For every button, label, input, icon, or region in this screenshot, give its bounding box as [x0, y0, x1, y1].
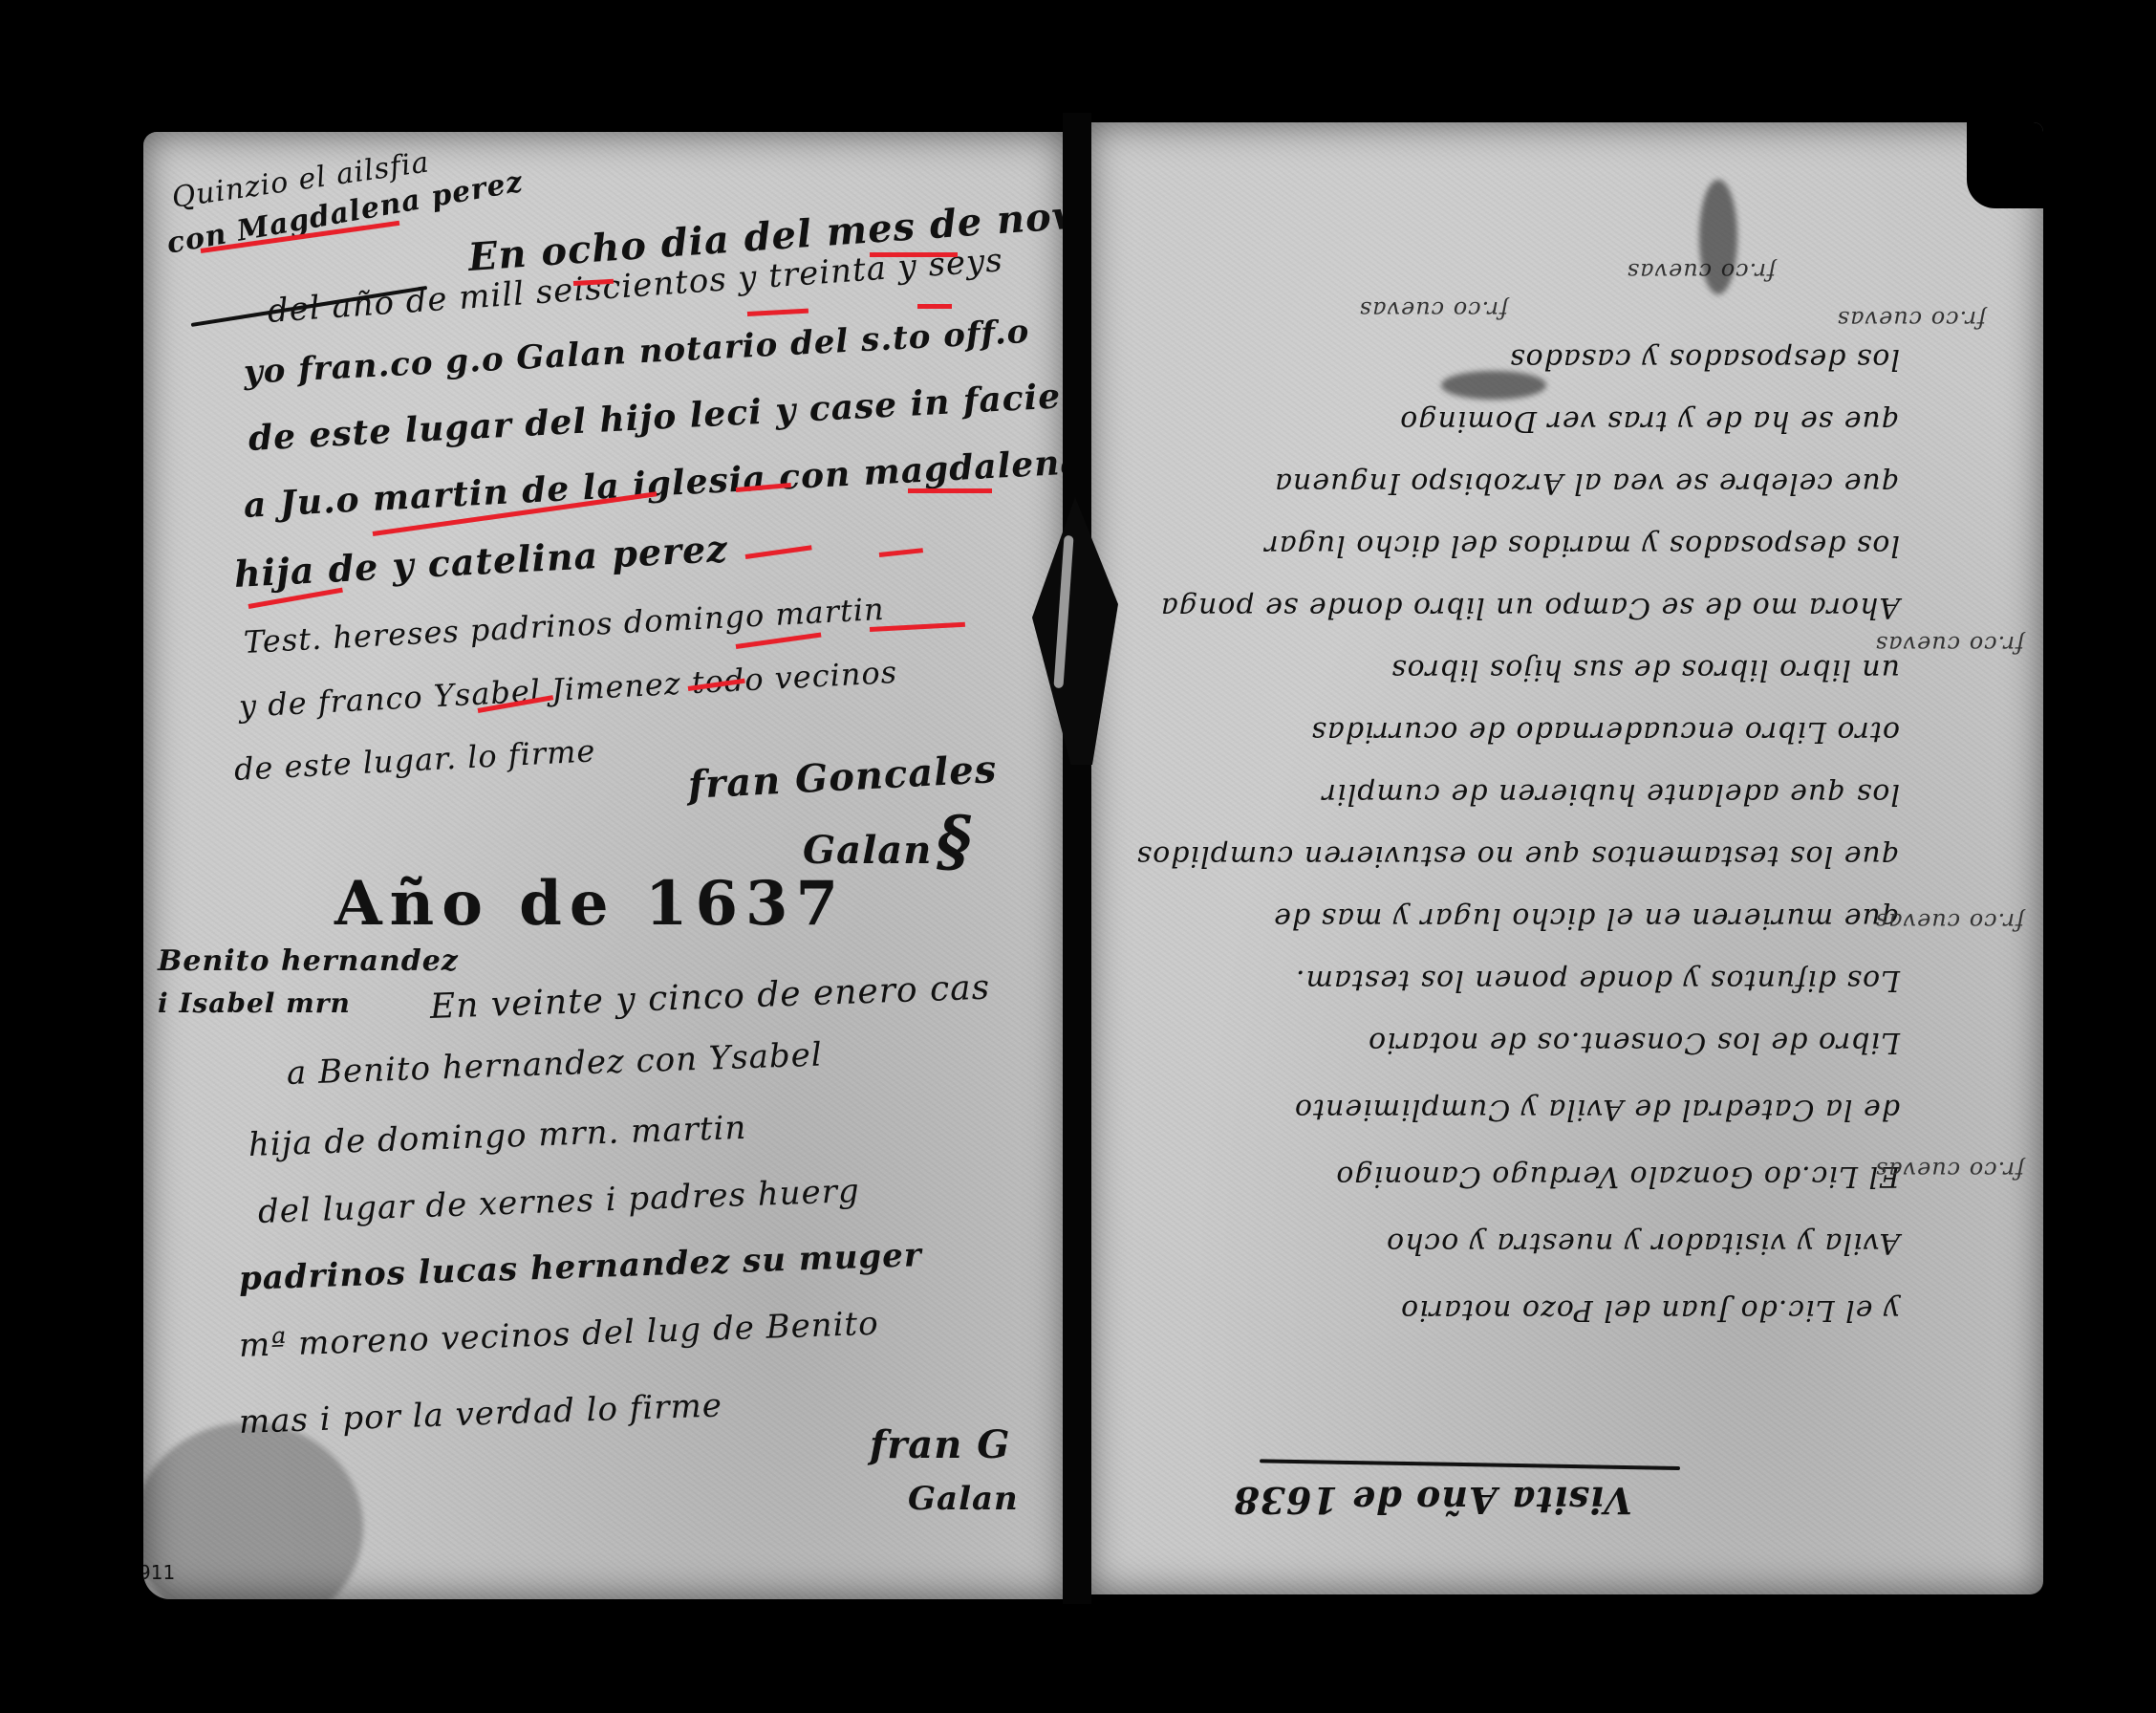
entry1-line: Test. hereses padrinos domingo martin	[243, 591, 886, 661]
signature-name: fran Goncales	[687, 747, 999, 808]
visit-line: otro Libro encuadernado de ocurridas	[1310, 715, 1900, 748]
signature-surname: Galan	[803, 828, 932, 873]
visit-line: Avila y visitador y nuestra y ocho	[1386, 1226, 1900, 1260]
signature-rubric-icon: §	[937, 801, 973, 880]
margin-sign: fr.co cuevas	[1837, 306, 1986, 333]
page-stain	[143, 1422, 363, 1599]
visit-line: y el Lic.do Juan del Pozo notario	[1400, 1293, 1900, 1327]
heading-rule	[1260, 1459, 1680, 1470]
entry1-line: yo fran.co g.o Galan notario del s.to of…	[243, 313, 1030, 392]
visit-line: los desposados y casados	[1509, 342, 1900, 376]
red-underline	[870, 252, 958, 257]
visit-line: de la Catedral de Avila y Cumplimiento	[1294, 1093, 1900, 1126]
red-underline	[745, 545, 812, 559]
visit-line: que murieren en el dicho lugar y mas de	[1273, 901, 1900, 935]
entry1-line: y de franco Ysabel Jimenez todo vecinos	[238, 654, 898, 725]
year-heading: Año de 1637	[334, 868, 846, 940]
entry2-line: a Benito hernandez con Ysabel	[286, 1035, 823, 1093]
entry2-line: padrinos lucas hernandez su muger	[238, 1236, 922, 1298]
margin-sign: fr.co cuevas	[1875, 631, 2024, 658]
entry2-line: mas i por la verdad lo firme	[238, 1386, 722, 1442]
red-underline	[747, 309, 808, 316]
visit-line: Ahora mo de se Campo un libro donde se p…	[1160, 591, 1900, 624]
margin-note2-line2: i Isabel mrn	[158, 987, 351, 1019]
visit-line: que se ha de y tras ver Domingo	[1399, 404, 1900, 438]
red-underline	[879, 548, 923, 557]
entry2-line: mª moreno vecinos del lug de Benito	[238, 1305, 879, 1365]
ink-blot	[1441, 371, 1546, 400]
visit-line: un libro libros de sus hijos libros	[1391, 653, 1900, 686]
visit-line: Los difuntos y donde ponen los testam.	[1295, 964, 1900, 997]
entry1-line: de este lugar. lo firme	[233, 732, 596, 788]
visit-line: los desposados y maridos del dicho lugar	[1263, 529, 1900, 562]
red-underline	[917, 304, 952, 309]
left-page: Quinzio el ailsfia con Magdalena perez E…	[143, 132, 1067, 1599]
visit-line: los que adelante hubieren de cumplir	[1322, 777, 1900, 811]
entry1-line: hija de y catelina perez	[233, 527, 729, 596]
ink-blot	[1699, 180, 1737, 294]
margin-sign: fr.co cuevas	[1875, 1157, 2024, 1183]
red-underline	[908, 488, 992, 493]
visit-line: que los testamentos que no estuvieren cu…	[1136, 839, 1900, 873]
red-underline	[736, 632, 822, 648]
visit-line: Libro de los Consent.os de notario	[1368, 1026, 1900, 1059]
margin-sign: fr.co cuevas	[1359, 296, 1508, 323]
signature2-name: fran G	[870, 1422, 1010, 1467]
visit-heading: Visita Año de 1638	[1233, 1479, 1632, 1522]
entry1-line: a Ju.o martin de la iglesia con magdalen…	[243, 442, 1067, 526]
binding-gutter	[1063, 113, 1091, 1604]
signature2-surname: Galan	[908, 1480, 1019, 1518]
entry2-line: En veinte y cinco de enero cas	[429, 968, 990, 1027]
upside-down-content: Visita Año de 1638 y el Lic.do Juan del …	[1088, 122, 2043, 1594]
margin-sign: fr.co cuevas	[1875, 908, 2024, 935]
entry2-line: hija de domingo mrn. martin	[248, 1109, 747, 1164]
visit-line: El Lic.do Gonzalo Verdugo Canonigo	[1335, 1160, 1900, 1193]
margin-note2-line1: Benito hernandez	[158, 944, 459, 978]
page-number: 911	[143, 1561, 175, 1584]
entry2-line: del lugar de xernes i padres huerg	[257, 1172, 860, 1231]
right-page: Visita Año de 1638 y el Lic.do Juan del …	[1088, 122, 2043, 1594]
visit-line: que celebre se vea al Arzobispo Inguena	[1274, 466, 1900, 500]
